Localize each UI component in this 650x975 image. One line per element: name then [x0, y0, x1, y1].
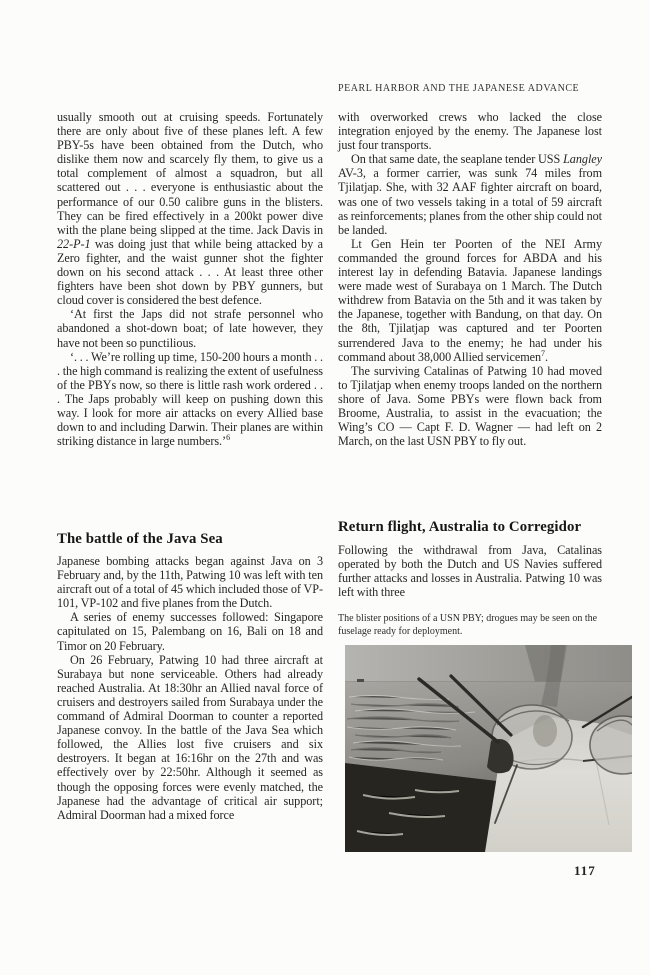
paragraph: ‘. . . We’re rolling up time, 150-200 ho… [57, 350, 323, 449]
left-column-upper-text: usually smooth out at cruising speeds. F… [57, 110, 323, 448]
running-head: PEARL HARBOR AND THE JAPANESE ADVANCE [338, 83, 606, 94]
photo-caption: The blister positions of a USN PBY; drog… [338, 613, 618, 638]
paragraph: with overworked crews who lacked the clo… [338, 110, 602, 152]
paragraph: ‘At first the Japs did not strafe person… [57, 307, 323, 349]
book-page: PEARL HARBOR AND THE JAPANESE ADVANCE us… [0, 0, 650, 975]
page-number: 117 [574, 863, 596, 879]
pby-blister-photo [345, 645, 632, 852]
paragraph: Japanese bombing attacks began against J… [57, 554, 323, 610]
distant-boat-speck [357, 679, 364, 682]
photo-illustration [345, 645, 632, 852]
paragraph: The surviving Catalinas of Patwing 10 ha… [338, 364, 602, 449]
paragraph: usually smooth out at cruising speeds. F… [57, 110, 323, 307]
right-column-upper-text: with overworked crews who lacked the clo… [338, 110, 602, 448]
section-heading-java-sea: The battle of the Java Sea [57, 531, 223, 548]
right-column-lower-text: Following the withdrawal from Java, Cata… [338, 543, 602, 599]
paragraph: Lt Gen Hein ter Poorten of the NEI Army … [338, 237, 602, 364]
paragraph: On 26 February, Patwing 10 had three air… [57, 653, 323, 822]
paragraph: On that same date, the seaplane tender U… [338, 152, 602, 237]
left-column-lower-text: Japanese bombing attacks began against J… [57, 554, 323, 822]
paragraph: Following the withdrawal from Java, Cata… [338, 543, 602, 599]
section-heading-return-flight: Return flight, Australia to Corregidor [338, 519, 581, 536]
paragraph: A series of enemy successes followed: Si… [57, 610, 323, 652]
